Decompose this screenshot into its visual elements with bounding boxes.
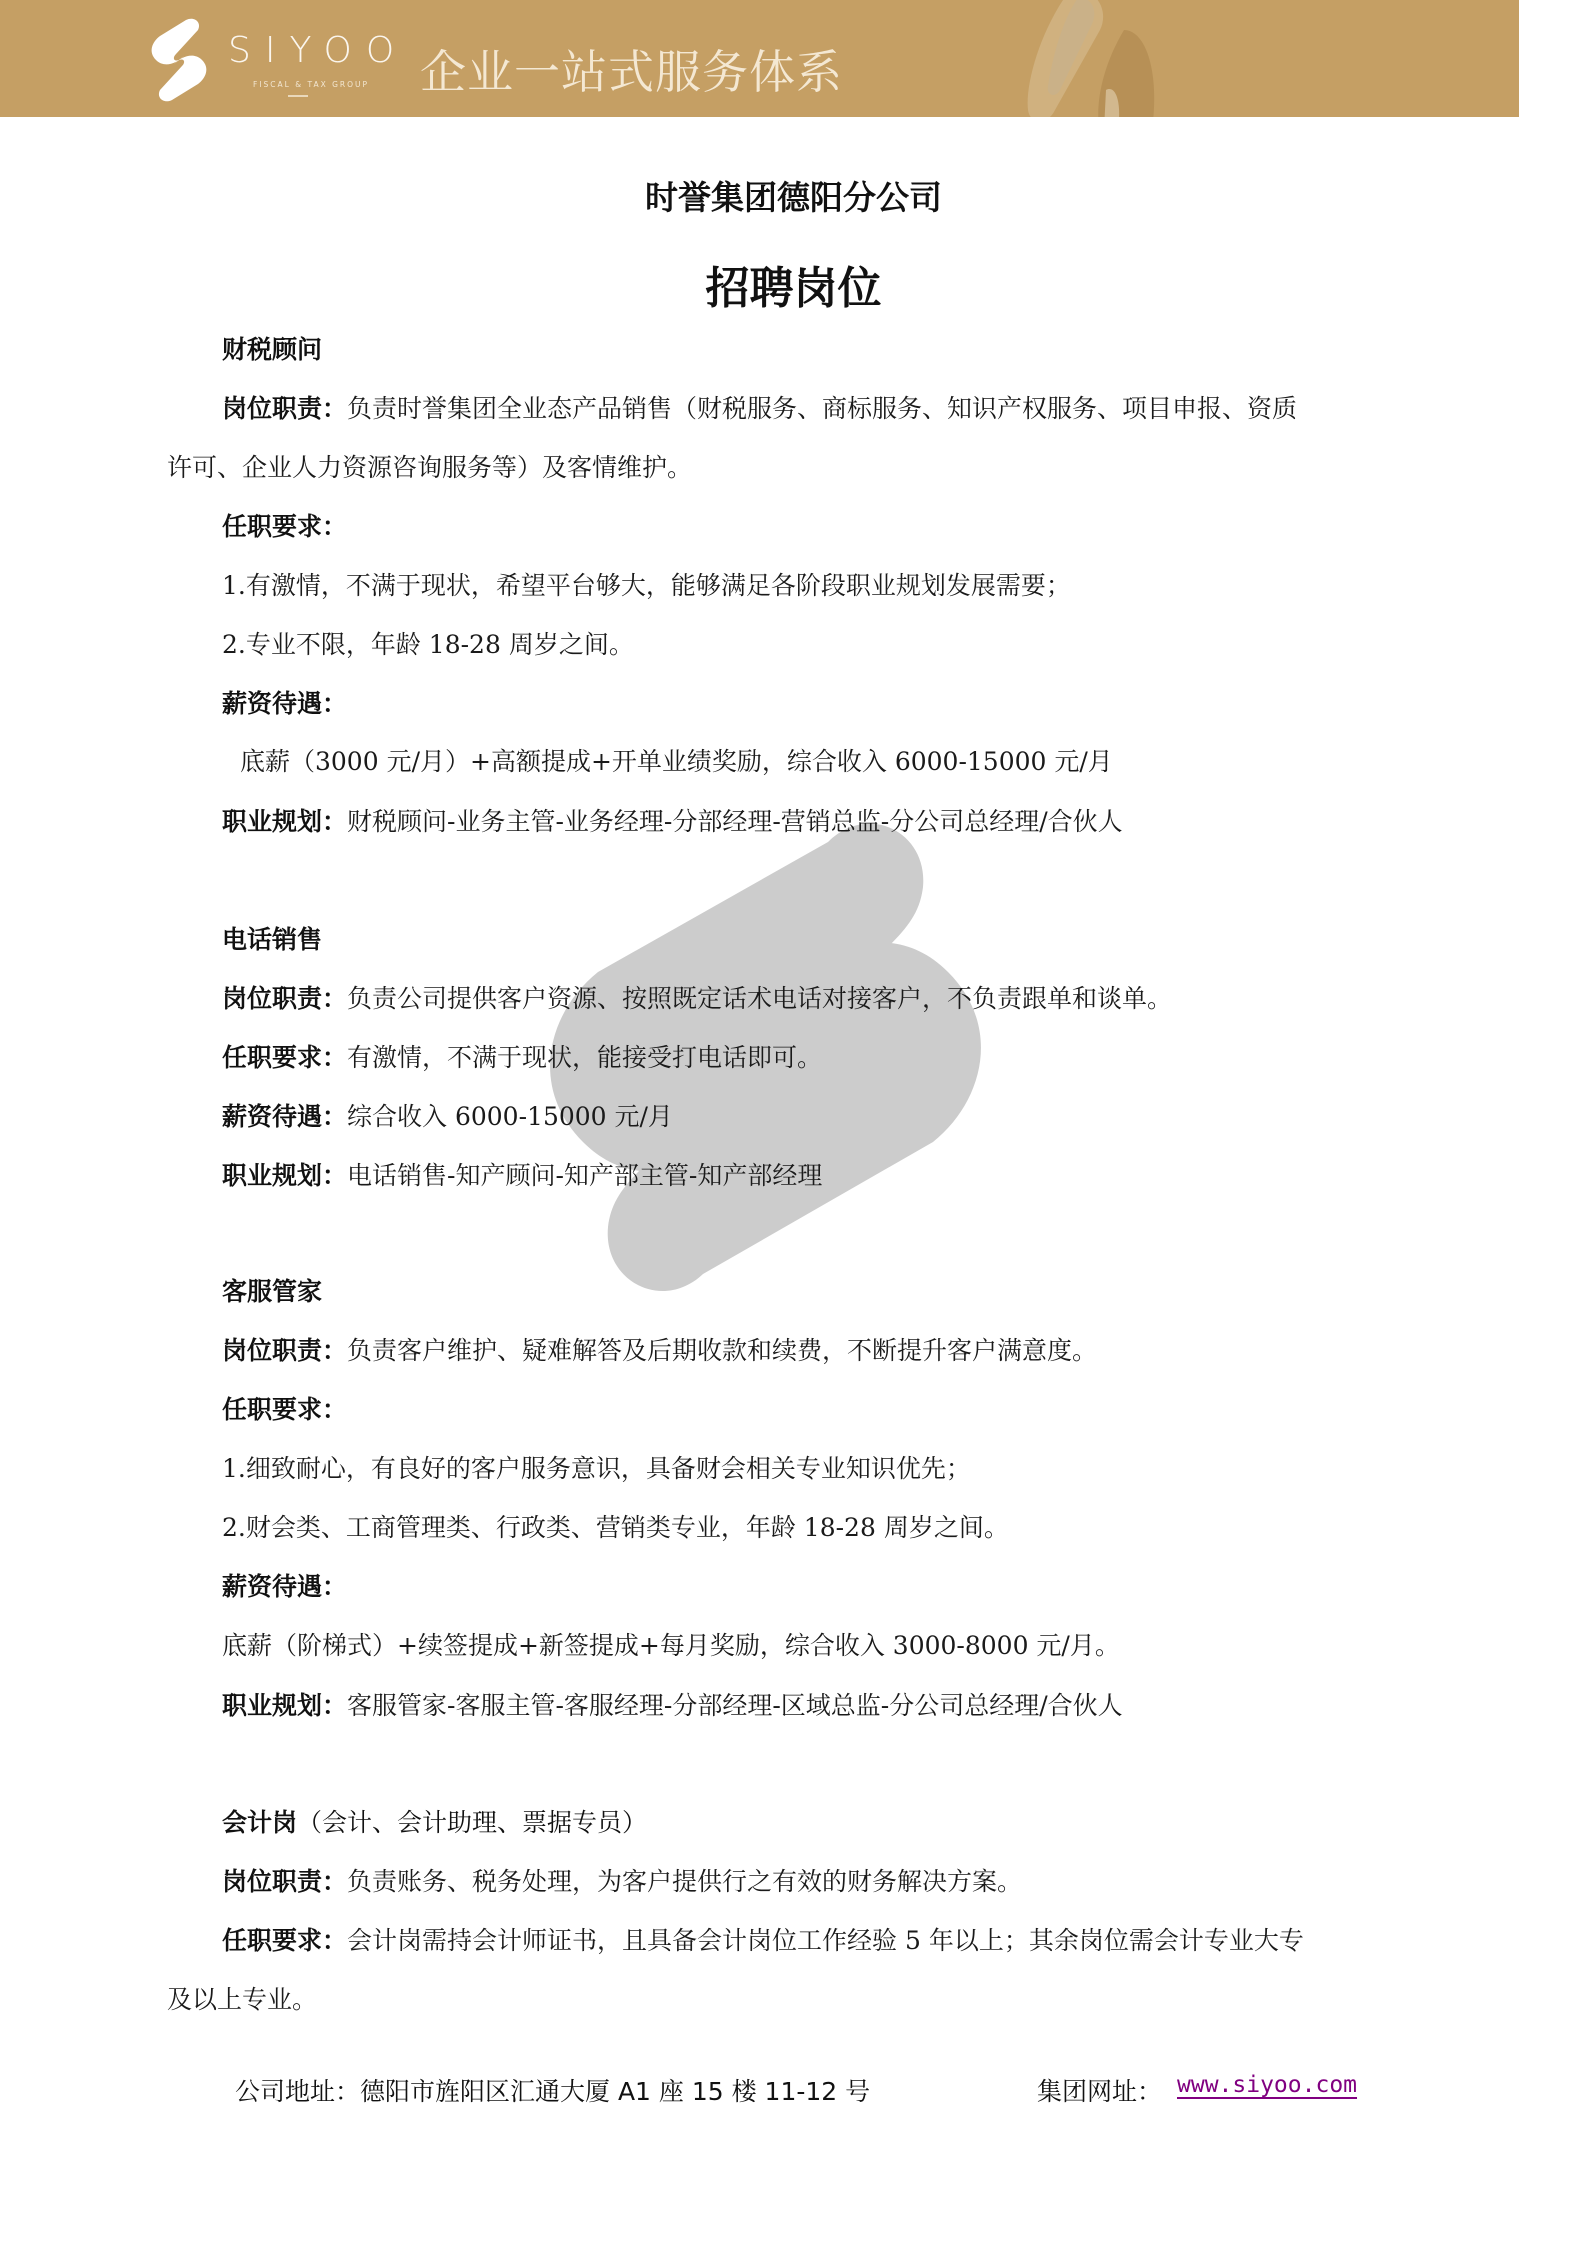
duty-text: 负责客户维护、疑难解答及后期收款和续费，不断提升客户满意度。 [347,1336,1097,1365]
requirement-text: 有激情，不满于现状，能接受打电话即可。 [347,1043,822,1072]
requirement-label-line: 任职要求： [222,512,347,542]
company-name: 时誉集团德阳分公司 [0,172,1587,219]
duty-label: 岗位职责： [222,1867,347,1896]
career-text: 财税顾问-业务主管-业务经理-分部经理-营销总监-分公司总经理/合伙人 [347,807,1123,836]
career-line: 职业规划：电话销售-知产顾问-知产部主管-知产部经理 [222,1161,822,1191]
brand-name: SIYOO [228,30,408,71]
career-label: 职业规划： [222,807,347,836]
duty-label: 岗位职责： [222,984,347,1013]
requirement-line-wrap: 及以上专业。 [167,1985,317,2015]
website-link[interactable]: www.siyoo.com [1177,2072,1357,2098]
duty-line: 岗位职责：负责时誉集团全业态产品销售（财税服务、商标服务、知识产权服务、项目申报… [222,394,1297,424]
page-title: 招聘岗位 [0,252,1587,316]
position-heading: 电话销售 [222,925,322,955]
website-label: 集团网址： [1037,2072,1162,2108]
duty-label: 岗位职责： [222,1336,347,1365]
salary-label: 薪资待遇： [222,689,347,718]
salary-text: 底薪（3000 元/月）+高额提成+开单业绩奖励，综合收入 6000-15000… [240,747,1113,777]
requirement-line: 任职要求：会计岗需持会计师证书，且具备会计岗位工作经验 5 年以上；其余岗位需会… [222,1926,1304,1956]
requirement-label: 任职要求： [222,512,347,541]
requirement-label: 任职要求： [222,1395,347,1424]
career-label: 职业规划： [222,1161,347,1190]
duty-text: 负责账务、税务处理，为客户提供行之有效的财务解决方案。 [347,1867,1022,1896]
salary-label-line: 薪资待遇： [222,689,347,719]
duty-line: 岗位职责：负责客户维护、疑难解答及后期收款和续费，不断提升客户满意度。 [222,1336,1097,1366]
header-banner: SIYOO FISCAL & TAX GROUP 企业一站式服务体系 [0,0,1519,117]
career-text: 电话销售-知产顾问-知产部主管-知产部经理 [347,1161,822,1190]
requirement-item: 1.有激情，不满于现状，希望平台够大，能够满足各阶段职业规划发展需要； [222,571,1071,601]
salary-text: 综合收入 6000-15000 元/月 [347,1102,673,1131]
career-label: 职业规划： [222,1691,347,1720]
position-heading: 会计岗（会计、会计助理、票据专员） [222,1808,647,1838]
requirement-label: 任职要求： [222,1926,347,1955]
header-slogan: 企业一站式服务体系 [420,36,843,102]
salary-label: 薪资待遇： [222,1572,347,1601]
brand-subtitle: FISCAL & TAX GROUP [253,80,369,89]
company-address: 公司地址：德阳市旌阳区汇通大厦 A1 座 15 楼 11-12 号 [235,2072,870,2108]
career-text: 客服管家-客服主管-客服经理-分部经理-区域总监-分公司总经理/合伙人 [347,1691,1123,1720]
requirement-label: 任职要求： [222,1043,347,1072]
career-line: 职业规划：财税顾问-业务主管-业务经理-分部经理-营销总监-分公司总经理/合伙人 [222,807,1123,837]
duty-line: 岗位职责：负责公司提供客户资源、按照既定话术电话对接客户，不负责跟单和谈单。 [222,984,1172,1014]
requirement-item: 1.细致耐心，有良好的客户服务意识，具备财会相关专业知识优先； [222,1454,971,1484]
salary-line: 薪资待遇：综合收入 6000-15000 元/月 [222,1102,673,1132]
duty-text: 负责时誉集团全业态产品销售（财税服务、商标服务、知识产权服务、项目申报、资质 [347,394,1297,423]
salary-label-line: 薪资待遇： [222,1572,347,1602]
salary-label: 薪资待遇： [222,1102,347,1131]
requirement-label-line: 任职要求： [222,1395,347,1425]
position-name-note: （会计、会计助理、票据专员） [297,1808,647,1837]
position-name: 会计岗 [222,1808,297,1837]
requirement-line: 任职要求：有激情，不满于现状，能接受打电话即可。 [222,1043,822,1073]
duty-line: 岗位职责：负责账务、税务处理，为客户提供行之有效的财务解决方案。 [222,1867,1022,1897]
brand-tagline-mark [288,95,308,97]
requirement-item: 2.财会类、工商管理类、行政类、营销类专业，年龄 18-28 周岁之间。 [222,1513,1009,1543]
duty-line-wrap: 许可、企业人力资源咨询服务等）及客情维护。 [167,453,692,483]
duty-text: 负责公司提供客户资源、按照既定话术电话对接客户，不负责跟单和谈单。 [347,984,1172,1013]
requirement-item: 2.专业不限，年龄 18-28 周岁之间。 [222,630,634,660]
career-line: 职业规划：客服管家-客服主管-客服经理-分部经理-区域总监-分公司总经理/合伙人 [222,1691,1123,1721]
position-heading: 财税顾问 [222,335,322,365]
duty-label: 岗位职责： [222,394,347,423]
siyoo-logo-icon [146,16,212,104]
requirement-text: 会计岗需持会计师证书，且具备会计岗位工作经验 5 年以上；其余岗位需会计专业大专 [347,1926,1304,1955]
decorative-logo-graphic [1000,0,1180,117]
position-heading: 客服管家 [222,1277,322,1307]
footer: 公司地址：德阳市旌阳区汇通大厦 A1 座 15 楼 11-12 号 集团网址： … [0,2072,1587,2108]
salary-text: 底薪（阶梯式）+续签提成+新签提成+每月奖励，综合收入 3000-8000 元/… [222,1631,1120,1661]
